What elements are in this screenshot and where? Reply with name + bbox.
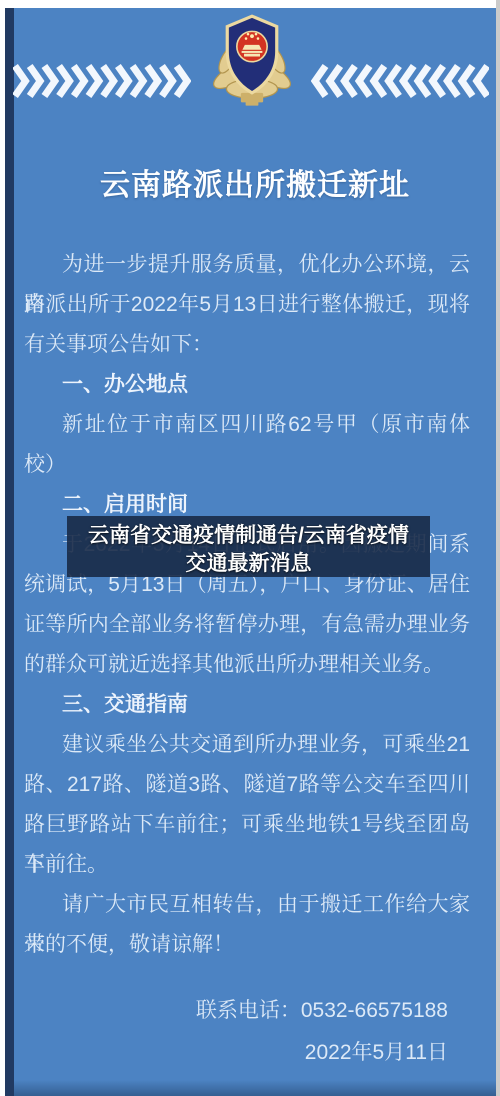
overlay-title-box[interactable]: 云南省交通疫情制通告/云南省疫情 交通最新消息 — [67, 516, 430, 577]
notice-line: 证等所内全部业务将暂停办理，有急需办理业务 — [24, 605, 470, 645]
notice-line: 请广大市民互相转告，由于搬迁工作给大家带 — [24, 885, 470, 925]
notice-line: 建议乘坐公共交通到所办理业务，可乘坐21 — [24, 725, 470, 765]
poster-title: 云南路派出所搬迁新址 — [14, 160, 496, 204]
notice-line: 路巨野路站下车前往；可乘坐地铁1号线至团岛下 — [24, 805, 470, 845]
section-heading-office-location: 一、办公地点 — [24, 365, 470, 405]
notice-line: 来的不便，敬请谅解！ — [24, 925, 470, 965]
bottom-shadow — [14, 1080, 496, 1096]
section-heading-traffic-guide: 三、交通指南 — [24, 685, 470, 725]
notice-line: 为进一步提升服务质量，优化办公环境，云南 — [24, 245, 470, 285]
notice-line: 的群众可就近选择其他派出所办理相关业务。 — [24, 645, 470, 685]
notice-line: 新址位于市南区四川路62号甲（原市南体 — [24, 405, 470, 445]
notice-line: 路、217路、隧道3路、隧道7路等公交车至四川 — [24, 765, 470, 805]
overlay-title-line-2: 交通最新消息 — [67, 550, 430, 578]
left-navy-bar — [5, 8, 14, 1096]
chevrons-left-pointing-icon — [311, 64, 489, 98]
police-badge-icon — [212, 13, 292, 112]
overlay-title-line-1: 云南省交通疫情制通告/云南省疫情 — [67, 522, 430, 550]
notice-line: 校） — [24, 445, 470, 485]
notice-line: 车前往。 — [24, 845, 470, 885]
notice-line: 路派出所于2022年5月13日进行整体搬迁，现将 — [24, 285, 470, 325]
notice-date: 2022年5月11日 — [24, 1033, 470, 1073]
chevrons-right-pointing-icon — [13, 64, 191, 98]
right-gray-strip — [496, 0, 500, 1096]
notice-body: 为进一步提升服务质量，优化办公环境，云南 路派出所于2022年5月13日进行整体… — [24, 245, 470, 1073]
contact-phone: 联系电话：0532-66575188 — [24, 991, 470, 1031]
notice-line: 有关事项公告如下： — [24, 325, 470, 365]
